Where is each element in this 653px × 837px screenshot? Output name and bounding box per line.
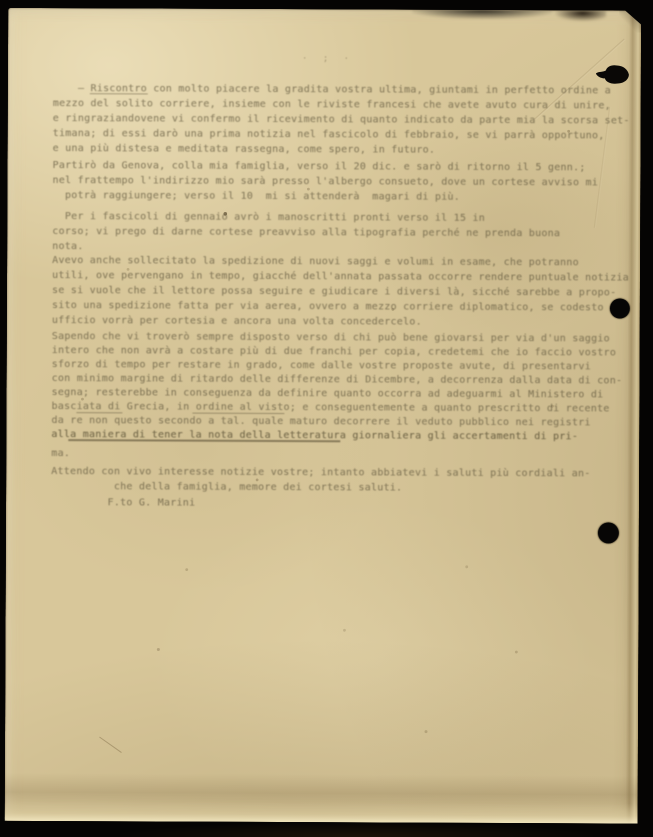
underline-mark xyxy=(90,93,148,94)
paper-page: · ; · – Riscontro con molto piacere la g… xyxy=(5,8,642,824)
ink-blot xyxy=(596,61,630,87)
text-line: e una più distesa e meditata rassegna, c… xyxy=(53,141,629,159)
punch-hole-bottom xyxy=(598,522,619,543)
paragraph-5: Sapendo che vi troverò sempre disposto v… xyxy=(51,330,628,464)
text-line: F.to G. Marini xyxy=(51,495,627,513)
paragraph-6: Attendo con vivo interesse notizie vostr… xyxy=(51,464,627,497)
text-line: che della famiglia, memore dei cortesi s… xyxy=(51,479,627,497)
punch-hole-top xyxy=(610,298,630,318)
text-line: ma. xyxy=(51,447,627,464)
text-line: potrà raggiungere; verso il 10 mi si att… xyxy=(52,188,628,206)
text-line: corso; vi prego di darne cortese preavvi… xyxy=(52,224,628,242)
typescript-text: – Riscontro con molto piacere la gradita… xyxy=(5,8,642,824)
paragraph-4: Avevo anche sollecitato la spedizione di… xyxy=(52,253,628,331)
signature-line: F.to G. Marini xyxy=(51,495,627,513)
text-line-underlined: alla maniera di tener la nota della lett… xyxy=(51,428,627,445)
paragraph-2: Partirò da Genova, colla mia famiglia, v… xyxy=(52,158,628,206)
scan-bed: · ; · – Riscontro con molto piacere la g… xyxy=(0,0,653,837)
text-line: ufficio vorrà per cortesia e ancora una … xyxy=(52,313,628,331)
underline-mark xyxy=(76,412,122,413)
paragraph-3: Per i fascicoli di gennaio avrò i manosc… xyxy=(52,209,628,257)
